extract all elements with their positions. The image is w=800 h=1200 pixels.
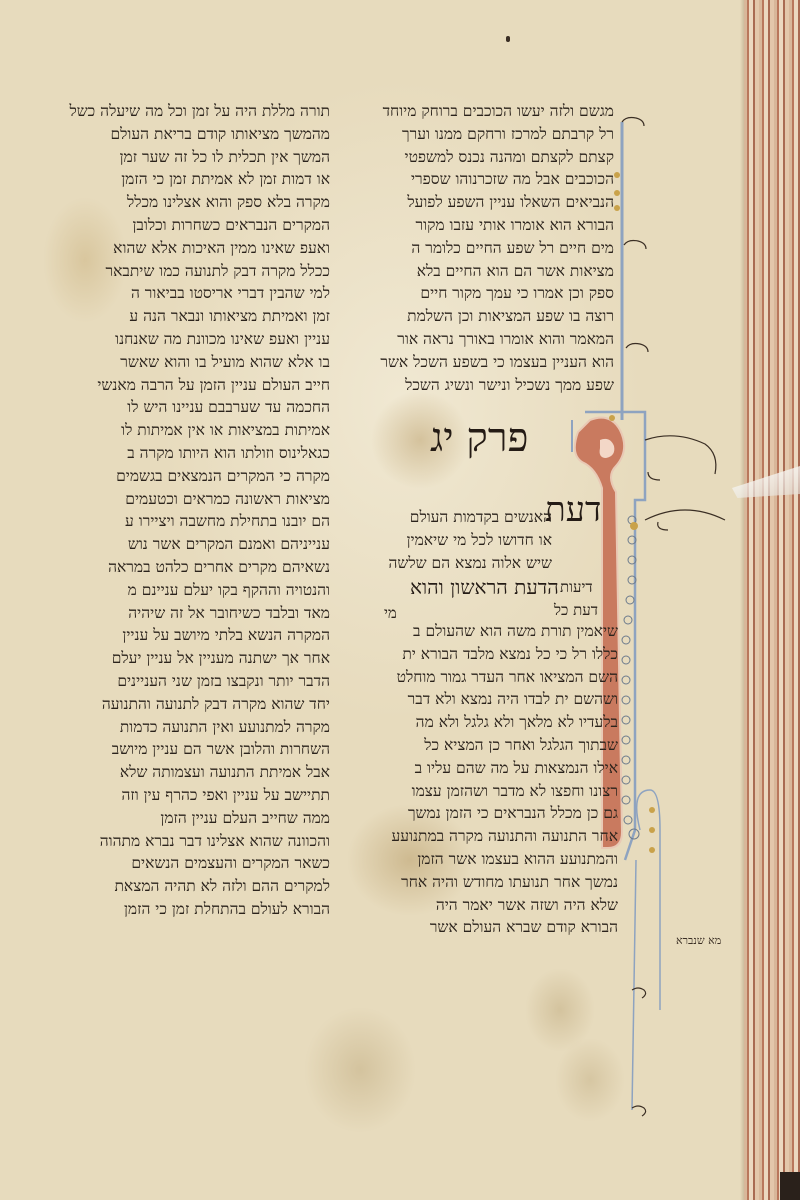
text-line: שלא היה ושזה אשר יאמר היה: [356, 894, 618, 917]
side-word-diyot: דיעות: [560, 578, 593, 597]
text-line: שיש אלוה נמצא הם שלשה: [372, 552, 552, 575]
text-line: שיאמין תורת משה הוא שהעולם ב: [356, 620, 618, 643]
text-line: אילו הנמצאות על מה שהם עליו ב: [356, 757, 618, 780]
text-line: והמתנועע ההוא בעצמו אשר הזמן: [356, 848, 618, 871]
book-corner: [780, 1172, 800, 1200]
text-line: האנשים בקדמות העולם: [372, 506, 552, 529]
text-line: רצונו וחפצו לא מדבר ושהזמן עצמו: [356, 780, 618, 803]
text-line: השם המציאו אחר העדר גמור מוחלט: [356, 666, 618, 689]
chapter-opening-text: האנשים בקדמות העולם או חדושו לכל מי שיאמ…: [372, 506, 552, 574]
book-page-edges: [744, 0, 800, 1200]
text-line: ושהשם ית לבדו היה נמצא ולא דבר: [356, 688, 618, 711]
illuminated-initial-icon: [0, 0, 800, 1200]
text-line: הבורא קודם שברא העולם אשר: [356, 916, 618, 939]
right-text-column-bottom: שיאמין תורת משה הוא שהעולם ב כללו רל כי …: [356, 620, 618, 939]
text-line: בלעדיו לא מלאך ולא גלגל ולא מה: [356, 711, 618, 734]
text-line: אחר התנועה והתנועה מקרה במתנועע: [356, 825, 618, 848]
text-line: או חדושו לכל מי שיאמין: [372, 529, 552, 552]
margin-note: מא שנברא: [676, 934, 721, 947]
opening-large-line: הדעת הראשון והוא: [410, 575, 559, 600]
text-line: גם כן מכלל הנבראים כי הזמן נמשך: [356, 802, 618, 825]
side-word-daat-kol: דעת כל: [554, 601, 598, 620]
chapter-opening-word: דעת: [545, 490, 601, 530]
manuscript-page: תורה מללת היה על זמן וכל מה שיעלה כשל מה…: [0, 0, 800, 1200]
text-line: שבתוך הגלגל ואחר כן המציא כל: [356, 734, 618, 757]
text-line: נמשך אחר תנועתו מחודש והיה אחר: [356, 871, 618, 894]
text-line: כללו רל כי כל נמצא מלבד הבורא ית: [356, 643, 618, 666]
